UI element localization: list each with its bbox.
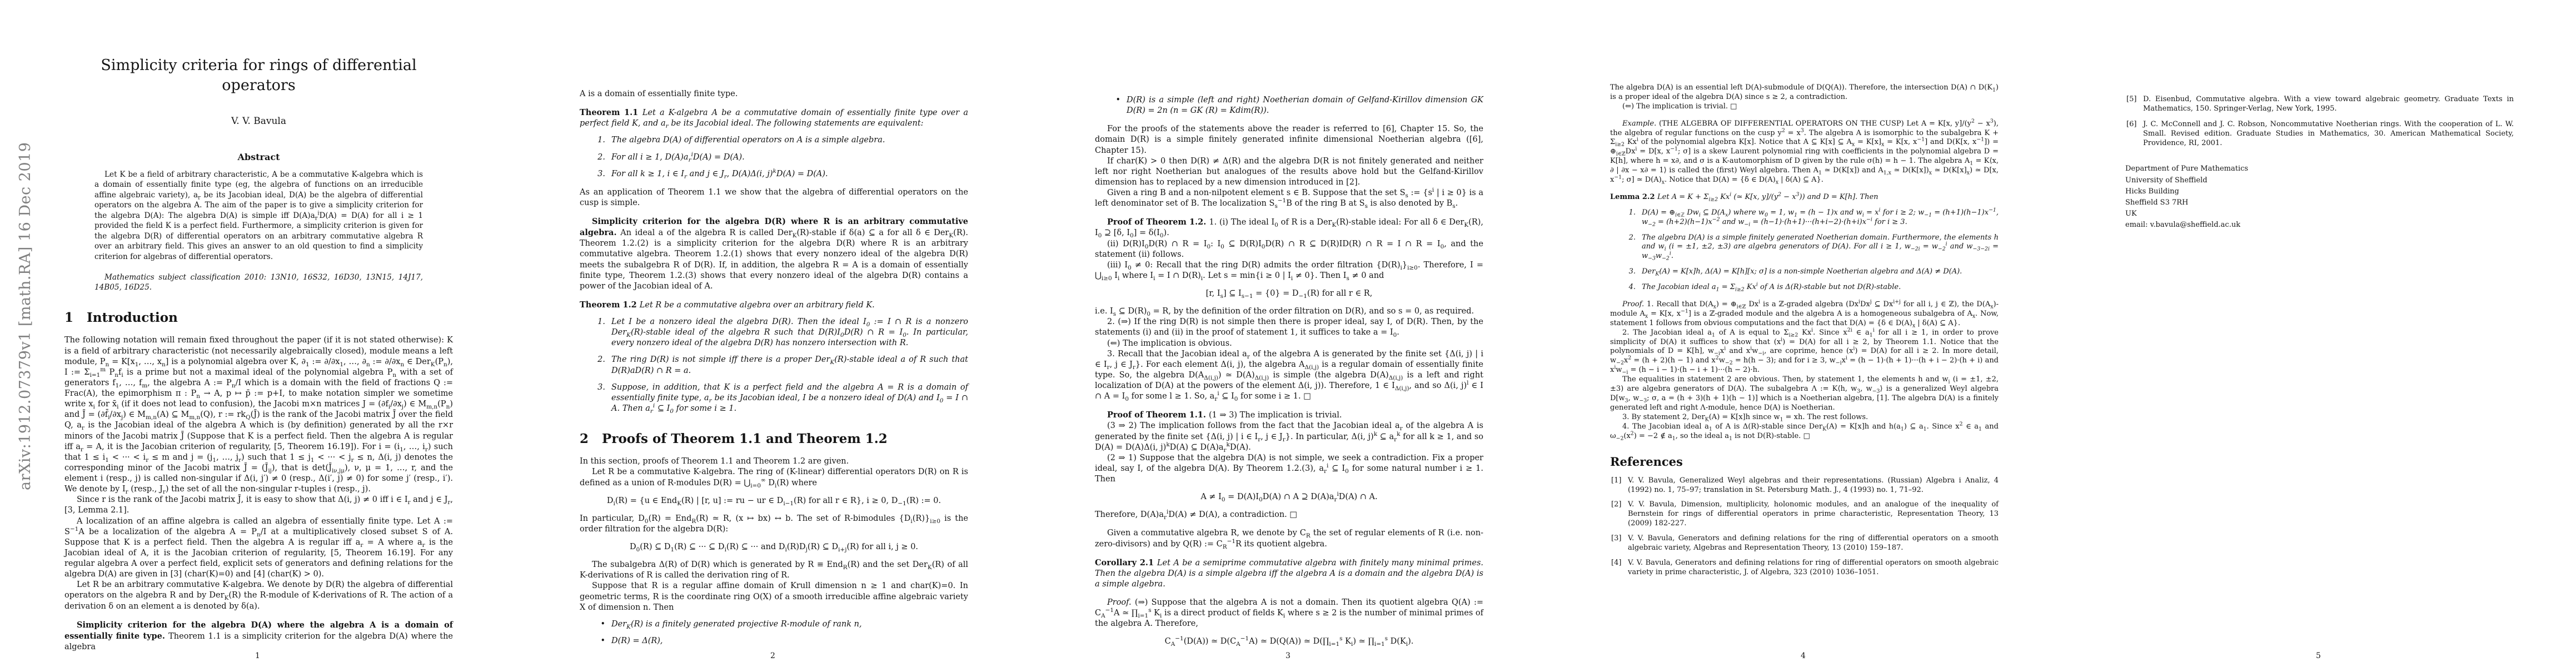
section-heading: 1 Introduction [64,310,453,326]
paragraph: A is a domain of essentially finite type… [580,89,968,99]
display-math: D0(R) ⊆ D1(R) ⊆ ··· ⊆ Di(R) ⊆ ··· and Di… [580,542,968,552]
list-marker: 2. [589,355,611,376]
list-item: 4.The Jacobian ideal a1 = Σi≥2 Kxi of A … [1619,283,1999,292]
abstract-text: Let K be a field of arbitrary characteri… [64,170,453,262]
page-2: A is a domain of essentially finite type… [515,0,1030,667]
paragraph: Theorem 1.1 Let a K-algebra A be a commu… [580,107,968,129]
reference-item: [1]V. V. Bavula, Generalized Weyl algebr… [1610,476,1999,495]
paragraph: Lemma 2.2 Let A = K + Σi≥2 Kxi (≃ K[x, y… [1610,193,1999,202]
paragraph: 3. Recall that the Jacobian ideal ar of … [1095,349,1483,402]
page-number: 1 [0,651,515,660]
list-item: 3.DerK(A) = K[x]h, Δ(A) = K[h][x; σ] is … [1619,267,1999,277]
paragraph: Proof. (⇒) Suppose that the algebra A is… [1095,598,1483,629]
address-line: UK [2125,208,2514,220]
paragraph: (3 ⇒ 2) The implication follows from the… [1095,421,1483,452]
block-label: Proof of Theorem 1.1. [1107,410,1209,420]
paragraph: Theorem 1.2 Let R be a commutative algeb… [580,300,968,311]
page-5: [5]D. Eisenbud, Commutative algebra. Wit… [2061,0,2576,667]
list-marker: • [589,636,611,646]
reference-marker: [4] [1611,559,1621,568]
paragraph: i.e. Is ⊆ D(R)0 = R, by the definition o… [1095,306,1483,317]
address-line: Department of Pure Mathematics [2125,163,2514,175]
paragraph: For the proofs of the statements above t… [1095,124,1483,156]
paragraph: (2 ⇒ 1) Suppose that the algebra D(A) is… [1095,453,1483,485]
paragraph: (⇐) The implication is trivial. □ [1610,102,1999,112]
paragraph: (ii) D(R)I0D(R) ∩ R = I0: I0 ⊆ D(R)I0D(R… [1095,239,1483,260]
display-math: [r, Is] ⊆ Is−1 = {0} = D−1(R) for all r … [1095,288,1483,299]
list-item: 1.D(A) = ⊕i∈ℤ Dwi ⊆ D(Ax) where w0 = 1, … [1619,208,1999,227]
list-marker: • [1104,95,1127,116]
page-number: 4 [1546,651,2061,660]
list-marker: 3. [589,169,611,180]
paragraph: Given a ring B and a non-nilpotent eleme… [1095,188,1483,209]
page-3: •D(R) is a simple (left and right) Noeth… [1030,0,1546,667]
reference-marker: [1] [1611,476,1621,486]
paragraph: Corollary 2.1 Let A be a semiprime commu… [1095,558,1483,590]
author-name: V. V. Bavula [64,115,453,127]
address-line: University of Sheffield [2125,175,2514,186]
paragraph: Simplicity criterion for the algebra D(A… [64,620,453,653]
paragraph: In this section, proofs of Theorem 1.1 a… [580,456,968,467]
list-marker: 3. [589,382,611,414]
reference-marker: [3] [1611,534,1621,544]
paragraph: Given a commutative algebra R, we denote… [1095,528,1483,549]
address-line: email: v.bavula@sheffield.ac.uk [2125,220,2514,231]
paragraph: A localization of an affine algebra is c… [64,516,453,580]
page-2-content: A is a domain of essentially finite type… [515,0,1030,646]
reference-marker: [5] [2126,94,2136,104]
list-item: •DerK(R) is a finitely generated project… [589,619,968,630]
paragraph: In particular, D0(R) = EndR(R) ≃ R, (x ↦… [580,514,968,535]
list-marker: 1. [1619,208,1642,227]
reference-item: [5]D. Eisenbud, Commutative algebra. Wit… [2125,94,2514,114]
display-math: CA−1(D(A)) ≃ D(CA−1A) ≃ D(Q(A)) ≃ D(∏i=1… [1095,636,1483,647]
section-heading: References [1610,454,1999,469]
paper-title: Simplicity criteria for rings of differe… [64,56,453,95]
list-item: 2.For all i ≥ 1, D(A)ariD(A) = D(A). [589,152,968,163]
paragraph: If char(K) > 0 then D(R) ≠ Δ(R) and the … [1095,156,1483,188]
paragraph: The equalities in statement 2 are obviou… [1610,375,1999,413]
list-marker: 2. [589,152,611,163]
block-label: Theorem 1.2 [580,300,640,310]
address-line: Sheffield S3 7RH [2125,197,2514,208]
paragraph: Suppose that R is a regular affine domai… [580,581,968,613]
abstract-heading: Abstract [64,151,453,163]
msc-line: Mathematics subject classification 2010:… [64,273,453,293]
page-3-content: •D(R) is a simple (left and right) Noeth… [1030,0,1546,648]
display-math: Di(R) = {u ∈ EndK(R) | [r, u] := ru − ur… [580,496,968,506]
list-marker: 3. [1619,267,1642,277]
arxiv-stamp: arXiv:1912.07379v1 [math.RA] 16 Dec 2019 [17,142,34,490]
block-label: Proof of Theorem 1.2. [1107,217,1209,227]
paragraph: 2. (⇒) If the ring D(R) is not simple th… [1095,317,1483,338]
address-block: Department of Pure MathematicsUniversity… [2125,163,2514,231]
list-item: 1.The algebra D(A) of differential opera… [589,135,968,146]
paragraph: Therefore, D(A)ariD(A) ≠ D(A), a contrad… [1095,510,1483,520]
reference-marker: [2] [1611,500,1621,510]
block-label: Lemma 2.2 [1610,193,1657,201]
paragraph: (⇐) The implication is obvious. [1095,339,1483,349]
page-5-content: [5]D. Eisenbud, Commutative algebra. Wit… [2061,0,2576,231]
reference-item: [4]V. V. Bavula, Generators and defining… [1610,559,1999,578]
paragraph: Example. (THE ALGEBRA OF DIFFERENTIAL OP… [1610,120,1999,185]
page-number: 5 [2061,651,2576,660]
paragraph: (iii) I0 ≠ 0: Recall that the ring D(R) … [1095,260,1483,281]
list-marker: • [589,619,611,630]
list-item: •D(R) = Δ(R), [589,636,968,646]
paragraph: Proof of Theorem 1.2. 1. (i) The ideal I… [1095,217,1483,238]
paragraph: Proof. 1. Recall that D(Ax) = ⊕i∈ℤ Dxi i… [1610,300,1999,328]
block-label: Theorem 1.1 [580,108,642,117]
reference-item: [6]J. C. McConnell and J. C. Robson, Non… [2125,120,2514,148]
block-label: Example. [1622,120,1659,128]
list-item: 2.The ring D(R) is not simple iff there … [589,355,968,376]
list-marker: 1. [589,317,611,349]
address-line: Hicks Building [2125,186,2514,197]
page-number: 3 [1030,651,1546,660]
paragraph: 3. By statement 2, DerK(A) = K[x]h since… [1610,413,1999,422]
page-1-content: Simplicity criteria for rings of differe… [0,0,515,653]
block-label: Proof. [1622,300,1647,308]
list-item: •D(R) is a simple (left and right) Noeth… [1104,95,1483,116]
paragraph: 2. The Jacobian ideal a1 of A is equal t… [1610,328,1999,375]
page-4-content: The algebra D(A) is an essential left D(… [1546,0,2061,578]
page-number: 2 [515,651,1030,660]
display-math: A ≠ I0 = D(A)I0D(A) ∩ A ⊇ D(A)ariD(A) ∩ … [1095,492,1483,502]
paragraph: Proof of Theorem 1.1. (1 ⇒ 3) The implic… [1095,410,1483,421]
block-label: Proof. [1107,598,1135,607]
list-item: 1.Let I be a nonzero ideal the algebra D… [589,317,968,349]
paragraph: Let R be an arbitrary commutative K-alge… [64,580,453,611]
list-marker: 4. [1619,283,1642,292]
page-4: The algebra D(A) is an essential left D(… [1546,0,2061,667]
paragraph: The subalgebra Δ(R) of D(R) which is gen… [580,560,968,581]
list-item: 3.Suppose, in addition, that K is a perf… [589,382,968,414]
paragraph: 4. The Jacobian ideal a1 of A is Δ(R)-st… [1610,422,1999,441]
reference-item: [2]V. V. Bavula, Dimension, multiplicity… [1610,500,1999,529]
reference-item: [3]V. V. Bavula, Generators and defining… [1610,534,1999,553]
block-label: Corollary 2.1 [1095,558,1157,568]
section-heading: 2 Proofs of Theorem 1.1 and Theorem 1.2 [580,431,968,447]
list-marker: 1. [589,135,611,146]
paragraph: As an application of Theorem 1.1 we show… [580,187,968,208]
paragraph: The algebra D(A) is an essential left D(… [1610,83,1999,102]
list-item: 3.For all k ≥ 1, i ∈ Ir and j ∈ Jr, D(A)… [589,169,968,180]
paragraph: Let R be a commutative K-algebra. The ri… [580,467,968,488]
paragraph: Since r is the rank of the Jacobi matrix… [64,495,453,516]
page-1: arXiv:1912.07379v1 [math.RA] 16 Dec 2019… [0,0,515,667]
list-marker: 2. [1619,233,1642,262]
paragraph: The following notation will remain fixed… [64,335,453,495]
paragraph: Simplicity criterion for the algebra D(R… [580,216,968,292]
list-item: 2.The algebra D(A) is a simple finitely … [1619,233,1999,262]
reference-marker: [6] [2126,120,2136,129]
